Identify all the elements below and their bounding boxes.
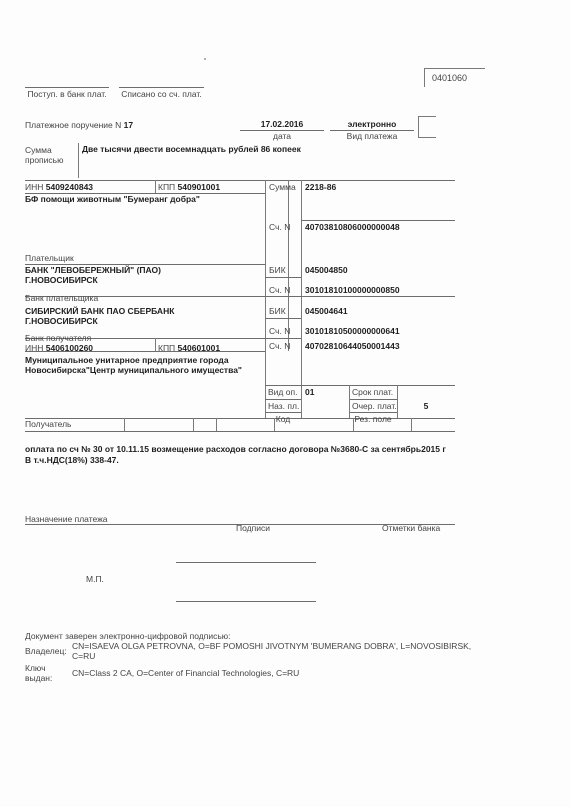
- code-label: Код: [265, 414, 301, 424]
- bik1-line: [265, 277, 301, 278]
- recipient-bank-role-label: Банк получателя: [25, 333, 91, 343]
- recipient-bik-label: БИК: [269, 306, 286, 316]
- payer-bank-account-label: Сч. N: [269, 285, 290, 295]
- order-title: Платежное поручение N 17: [25, 120, 133, 130]
- dsig-title: Документ заверен электронно-цифровой под…: [25, 631, 231, 641]
- bik2-line: [265, 318, 301, 319]
- recipient-inn: ИНН 5406100260: [25, 343, 93, 353]
- recipient-inn-kpp-divider: [155, 338, 156, 351]
- recipient-bank-name-1: СИБИРСКИЙ БАНК ПАО СБЕРБАНК: [25, 306, 174, 316]
- purpose-code-label: Наз. пл.: [268, 401, 299, 411]
- dsig-owner-line-2: C=RU: [72, 651, 95, 661]
- payer-bank-name-2: Г.НОВОСИБИРСК: [25, 275, 98, 285]
- tax-divider-3: [216, 418, 217, 431]
- recipient-name-1: Муниципальное унитарное предприятие горо…: [25, 355, 229, 365]
- op-type: 01: [305, 387, 314, 397]
- payer-account-label: Сч. N: [269, 222, 290, 232]
- codes-line-1b: [349, 399, 397, 400]
- table-top-line: [25, 180, 455, 181]
- purpose-line-2: В т.ч.НДС(18%) 338-47.: [25, 455, 119, 465]
- codes-line-1: [265, 399, 301, 400]
- scan-speck: [204, 58, 206, 60]
- payer-inn: ИНН 5409240843: [25, 182, 93, 192]
- dsig-issuer: CN=Class 2 CA, O=Center of Financial Tec…: [72, 668, 299, 678]
- priority: 5: [397, 401, 455, 411]
- payer-name: БФ помощи животным "Бумеранг добра": [25, 194, 200, 204]
- dsig-owner-label: Владелец:: [25, 646, 67, 656]
- op-type-label: Вид оп.: [268, 387, 297, 397]
- amount-words-label-2: прописью: [25, 155, 63, 165]
- tax-divider-1: [124, 418, 125, 431]
- purpose-line-1: оплата по сч № 30 от 10.11.15 возмещение…: [25, 444, 446, 454]
- payer-bik: 045004850: [305, 265, 348, 275]
- payer-inn-kpp-divider: [155, 180, 156, 193]
- debited-line: [119, 87, 204, 88]
- term-label: Срок плат.: [352, 387, 393, 397]
- recipient-bank-account: 30101810500000000641: [305, 326, 400, 336]
- payer-bik-label: БИК: [269, 265, 286, 275]
- signature-line-2: [176, 601, 316, 602]
- dsig-issuer-label-2: выдан:: [25, 673, 52, 683]
- value-col-divider: [301, 180, 302, 418]
- dsig-issuer-label-1: Ключ: [25, 663, 46, 673]
- codes-line-2: [265, 412, 301, 413]
- payer-bank-role-label: Банк плательщика: [25, 293, 98, 303]
- payment-type-label: Вид платежа: [330, 131, 414, 141]
- order-date: 17.02.2016: [240, 119, 324, 129]
- amount-words: Две тысячи двести восемнадцать рублей 86…: [82, 144, 301, 154]
- recipient-bank-account-label: Сч. N: [269, 326, 290, 336]
- payer-bank-name-1: БАНК "ЛЕВОБЕРЕЖНЫЙ" (ПАО): [25, 265, 161, 275]
- sum-label: Сумма: [269, 182, 296, 192]
- recipient-kpp: КПП 540601001: [158, 343, 220, 353]
- tax-bottom-line: [25, 431, 455, 432]
- signature-line-1: [176, 562, 316, 563]
- tax-divider-2: [193, 418, 194, 431]
- purpose-label: Назначение платежа: [25, 514, 108, 524]
- date-label: дата: [240, 131, 324, 141]
- reserve-label: Рез. поле: [349, 414, 397, 424]
- payer-role-label: Плательщик: [25, 253, 74, 263]
- amount-words-divider: [78, 143, 79, 178]
- payer-status-box: [418, 116, 436, 138]
- signatures-label: Подписи: [236, 523, 270, 533]
- recipient-bik: 045004641: [305, 306, 348, 316]
- stamp-label: М.П.: [86, 574, 104, 584]
- amount-words-label-1: Сумма: [25, 145, 52, 155]
- recipient-account-label: Сч. N: [269, 341, 290, 351]
- order-number: 17: [124, 120, 133, 130]
- sum-line: [301, 220, 455, 221]
- recipient-role-label: Получатель: [25, 419, 71, 429]
- bank-received-line: [25, 87, 109, 88]
- recipient-bank-name-2: Г.НОВОСИБИРСК: [25, 316, 98, 326]
- bank-received-label: Поступ. в банк плат.: [25, 89, 109, 99]
- debited-label: Списано со сч. плат.: [119, 89, 204, 99]
- codes-line-2b: [349, 412, 397, 413]
- recipient-account: 40702810644050001443: [305, 341, 400, 351]
- payer-kpp: КПП 540901001: [158, 182, 220, 192]
- bank-marks-label: Отметки банка: [382, 523, 440, 533]
- dsig-owner-line-1: CN=ISAEVA OLGA PETROVNA, O=BF POMOSHI JI…: [72, 641, 471, 651]
- payment-type: электронно: [330, 119, 414, 129]
- payer-account: 40703810806000000048: [305, 222, 400, 232]
- form-code: 0401060: [432, 73, 467, 83]
- priority-label: Очер. плат.: [352, 401, 397, 411]
- sum-value: 2218-86: [305, 182, 336, 192]
- codes-top-line: [265, 385, 455, 386]
- tax-divider-6: [411, 418, 412, 431]
- recipient-name-2: Новосибирска"Центр муниципального имущес…: [25, 365, 242, 375]
- payer-bank-account: 30101810100000000850: [305, 285, 400, 295]
- main-col-divider: [265, 180, 266, 418]
